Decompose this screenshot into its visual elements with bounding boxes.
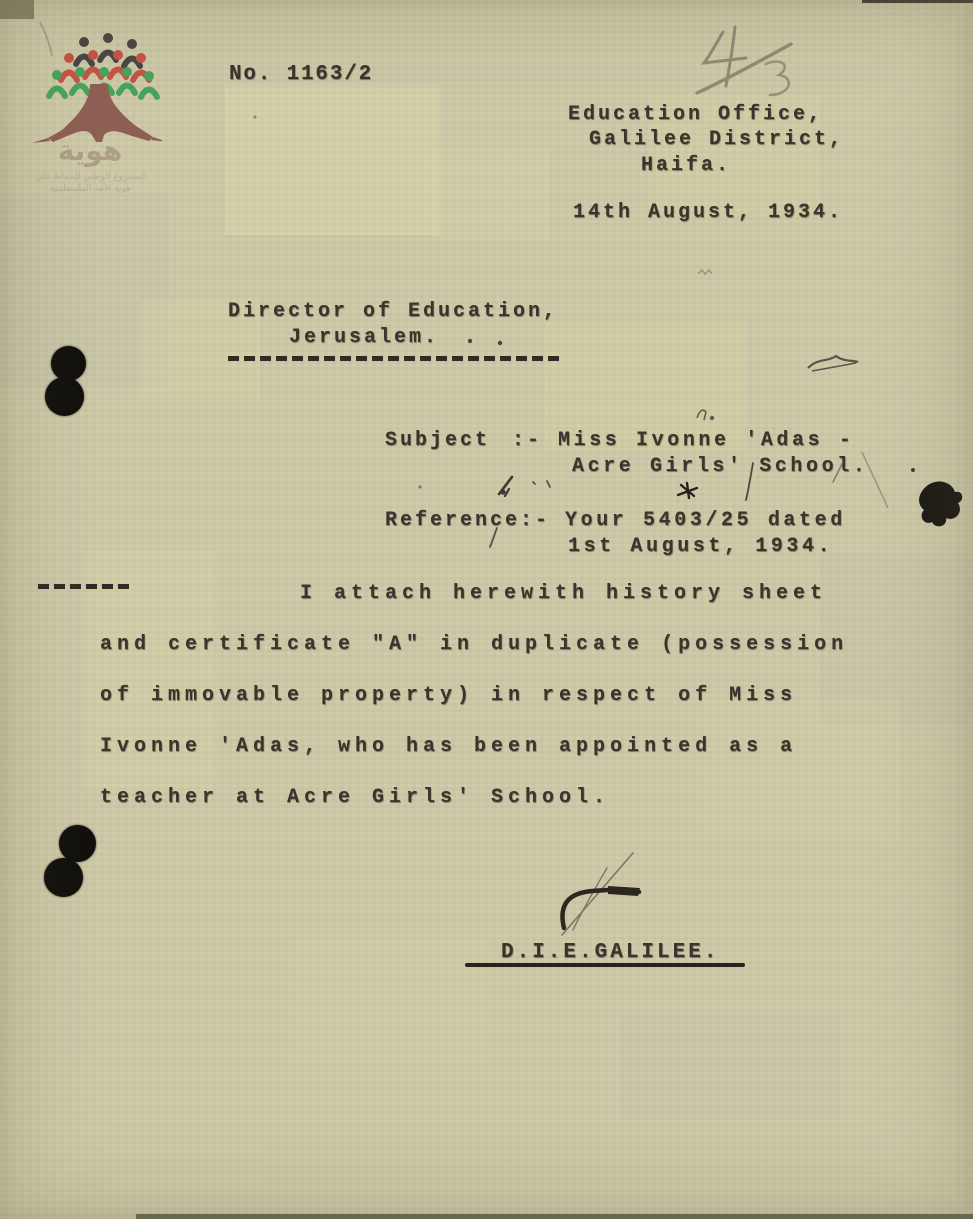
- scan-patch: [290, 940, 490, 1060]
- recipient-line1: Director of Education,: [228, 301, 558, 323]
- subject-line2: Acre Girls' School.: [572, 456, 868, 478]
- scan-patch: [225, 85, 440, 235]
- body-line-2: and certificate "A" in duplicate (posses…: [100, 634, 848, 656]
- watermark-arabic-subtitle-line2: هوية الأمة الفلسطينية: [8, 184, 173, 194]
- body-line-4: Ivonne 'Adas, who has been appointed as …: [100, 736, 797, 758]
- scan-edge-top-right: [862, 0, 973, 3]
- ink-blot: [862, 452, 962, 526]
- recipient-line2: Jerusalem.: [289, 327, 439, 349]
- scan-patch: [40, 1060, 260, 1180]
- body-line-3: of immovable property) in respect of Mis…: [100, 685, 797, 707]
- subject-label: Subject: [385, 430, 490, 452]
- reference-line2: 1st August, 1934.: [568, 536, 833, 558]
- scanned-letter-page: هوية المشروع الوطني للحفاظ على هوية الأم…: [0, 0, 973, 1219]
- subject-separator: :-: [512, 430, 542, 452]
- pencil-annotation-4-3: [697, 27, 791, 95]
- signature-underline: [465, 963, 745, 967]
- scan-edge-top-left-corner: [0, 0, 34, 19]
- pencil-scribble: [808, 356, 858, 371]
- typed-dashed-underline: [228, 356, 564, 361]
- watermark-arabic-subtitle-line1: المشروع الوطني للحفاظ على: [8, 172, 173, 182]
- scan-patch: [700, 700, 900, 840]
- body-line-1: I attach herewith history sheet: [300, 583, 827, 605]
- signature-name: D.I.E.GALILEE.: [501, 941, 719, 964]
- scan-edge-bottom: [136, 1214, 973, 1219]
- signature-scribble: [562, 853, 640, 935]
- letter-ref-number: No. 1163/2: [229, 63, 373, 86]
- margin-dash-mark: [38, 584, 130, 589]
- watermark-arabic-title: هوية: [30, 134, 150, 167]
- scan-patch: [620, 1010, 840, 1120]
- scan-patch: [430, 150, 550, 240]
- letter-date: 14th August, 1934.: [573, 202, 843, 224]
- reference-line1: Your 5403/25 dated: [565, 510, 846, 532]
- body-line-5: teacher at Acre Girls' School.: [100, 787, 610, 809]
- reference-label: Reference:-: [385, 510, 550, 532]
- letterhead-office-line3: Haifa.: [641, 155, 731, 177]
- subject-line1: Miss Ivonne 'Adas -: [558, 430, 854, 452]
- huwiyya-tree-logo-icon: [22, 32, 162, 144]
- letterhead-office-line1: Education Office,: [568, 104, 823, 126]
- letterhead-office-line2: Galilee District,: [589, 129, 844, 151]
